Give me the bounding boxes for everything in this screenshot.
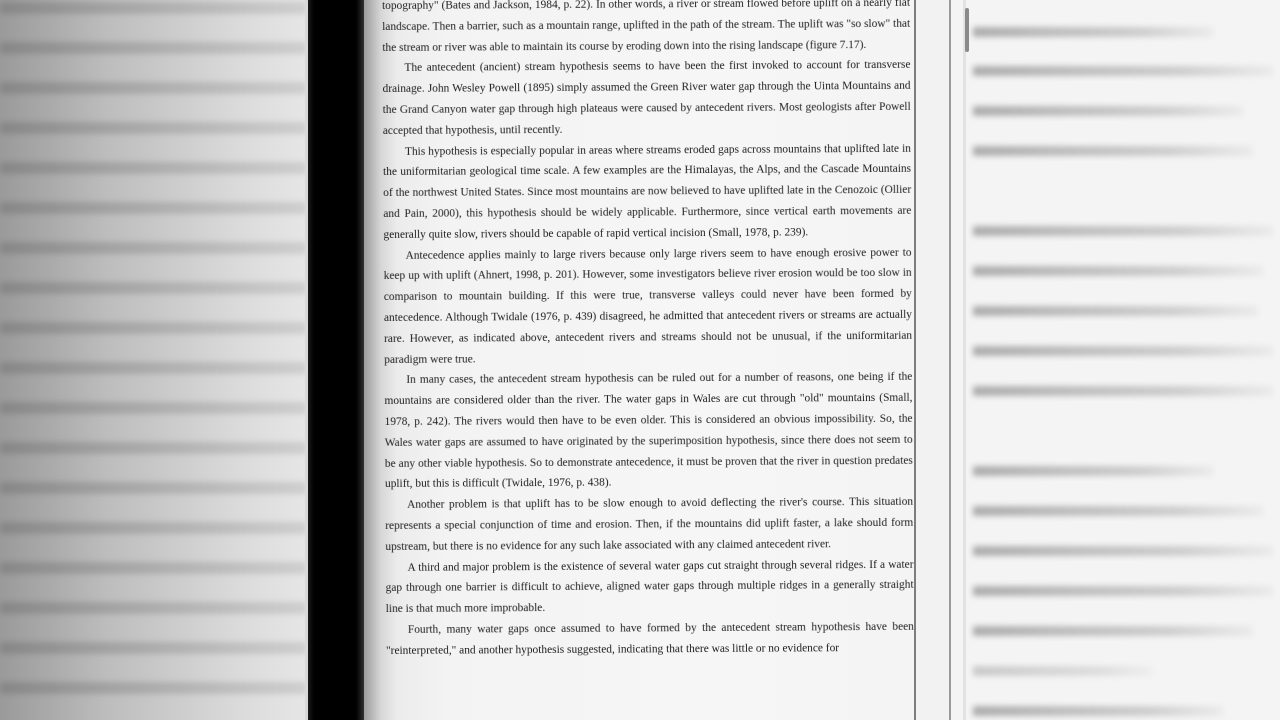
blurred-scroll-indicator [965,8,969,52]
photo-viewer: topography" (Bates and Jackson, 1984, p.… [0,0,1280,720]
book-page: topography" (Bates and Jackson, 1984, p.… [364,0,920,720]
paragraph-4: Antecedence applies mainly to large rive… [384,242,913,370]
paragraph-5: In many cases, the antecedent stream hyp… [384,367,913,495]
book-binding-gutter [308,0,368,720]
blurred-background-right [951,0,1280,720]
paragraph-2: The antecedent (ancient) stream hypothes… [382,55,910,141]
page-edge-strip [916,0,950,720]
paragraph-8: Fourth, many water gaps once assumed to … [386,617,914,662]
paragraph-3: This hypothesis is especially popular in… [383,138,912,245]
page-body-text: topography" (Bates and Jackson, 1984, p.… [382,0,914,661]
paragraph-6: Another problem is that uplift has to be… [385,492,913,558]
paragraph-7: A third and major problem is the existen… [385,554,913,620]
blurred-margin-line [963,0,966,720]
paragraph-1: topography" (Bates and Jackson, 1984, p.… [382,0,910,58]
blurred-background-left [0,0,307,720]
